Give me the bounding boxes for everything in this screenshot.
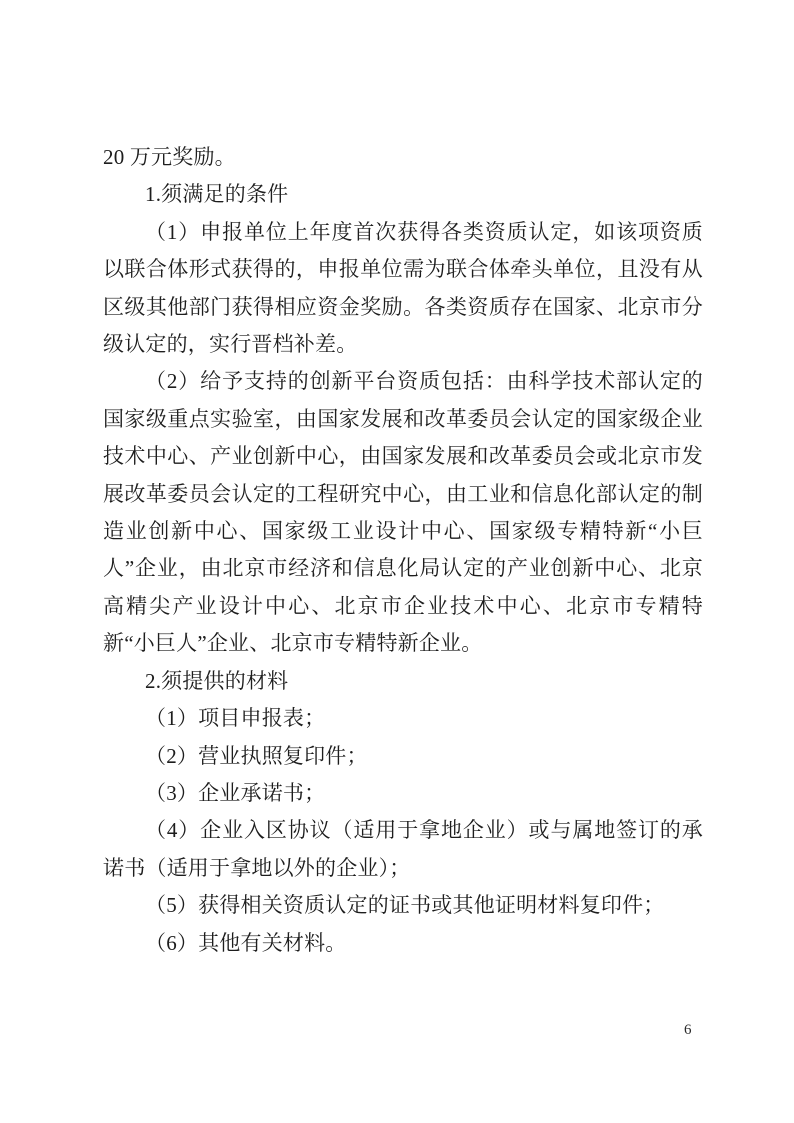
paragraph: 2.须提供的材料 (103, 663, 703, 700)
paragraph: （5）获得相关资质认定的证书或其他证明材料复印件； (103, 887, 703, 924)
paragraph: 1.须满足的条件 (103, 176, 703, 213)
paragraph: （6）其他有关材料。 (103, 925, 703, 962)
paragraph: （1）项目申报表； (103, 700, 703, 737)
paragraph: （4）企业入区协议（适用于拿地企业）或与属地签订的承诺书（适用于拿地以外的企业）… (103, 812, 703, 887)
paragraph: （2）给予支持的创新平台资质包括：由科学技术部认定的国家级重点实验室，由国家发展… (103, 363, 703, 662)
paragraph: （3）企业承诺书； (103, 775, 703, 812)
paragraph: 20 万元奖励。 (103, 139, 703, 176)
paragraph: （1）申报单位上年度首次获得各类资质认定，如该项资质以联合体形式获得的，申报单位… (103, 214, 703, 364)
paragraph: （2）营业执照复印件； (103, 738, 703, 775)
document-page: 20 万元奖励。1.须满足的条件（1）申报单位上年度首次获得各类资质认定，如该项… (0, 0, 794, 1123)
document-body: 20 万元奖励。1.须满足的条件（1）申报单位上年度首次获得各类资质认定，如该项… (103, 139, 703, 962)
page-number: 6 (684, 1020, 692, 1040)
